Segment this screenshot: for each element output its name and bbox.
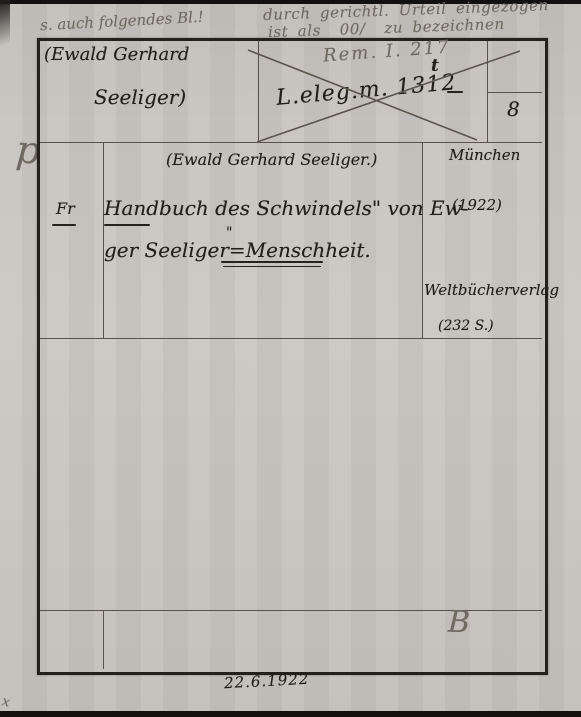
margin-bottom-mark: x	[0, 693, 11, 710]
title-line1: Handbuch des Schwindels" von Ew-	[104, 196, 469, 220]
grid-line-row2-divider-2	[422, 142, 423, 338]
title-double-underline-2	[223, 266, 321, 267]
photo-edge-bottom	[0, 711, 581, 717]
photo-corner-shadow	[0, 0, 10, 52]
insertion-mark: "	[226, 225, 232, 241]
accession-date: 22.6.1922	[224, 670, 310, 692]
format-note: Fr	[56, 199, 75, 218]
author-heading-line2: Seeliger)	[94, 85, 186, 109]
imprint-place: München	[449, 146, 520, 164]
format-number: 8	[507, 97, 520, 121]
format-note-underline	[52, 224, 76, 226]
author-heading-line1: (Ewald Gerhard	[44, 44, 189, 65]
imprint-publisher: Weltbücherverlag	[424, 281, 559, 299]
imprint-year: (1922)	[452, 196, 502, 214]
title-underline	[104, 224, 150, 226]
annotation-see-also: s. auch folgendes Bl.!	[40, 8, 204, 35]
reviser-initial: B	[447, 605, 470, 641]
grid-line-row1-bottom	[40, 142, 542, 143]
author-full: (Ewald Gerhard Seeliger.)	[166, 150, 377, 169]
catalog-card-scan: s. auch folgendes Bl.! durch gerichtl. U…	[0, 0, 581, 717]
title-line2: ger Seeliger=Menschheit.	[104, 238, 371, 262]
imprint-pages: (232 S.)	[438, 318, 494, 334]
cancellation-cross	[244, 41, 524, 142]
grid-line-row2-bottom	[40, 338, 542, 339]
title-double-underline-1	[221, 261, 323, 263]
grid-line-footer-divider	[103, 610, 104, 669]
